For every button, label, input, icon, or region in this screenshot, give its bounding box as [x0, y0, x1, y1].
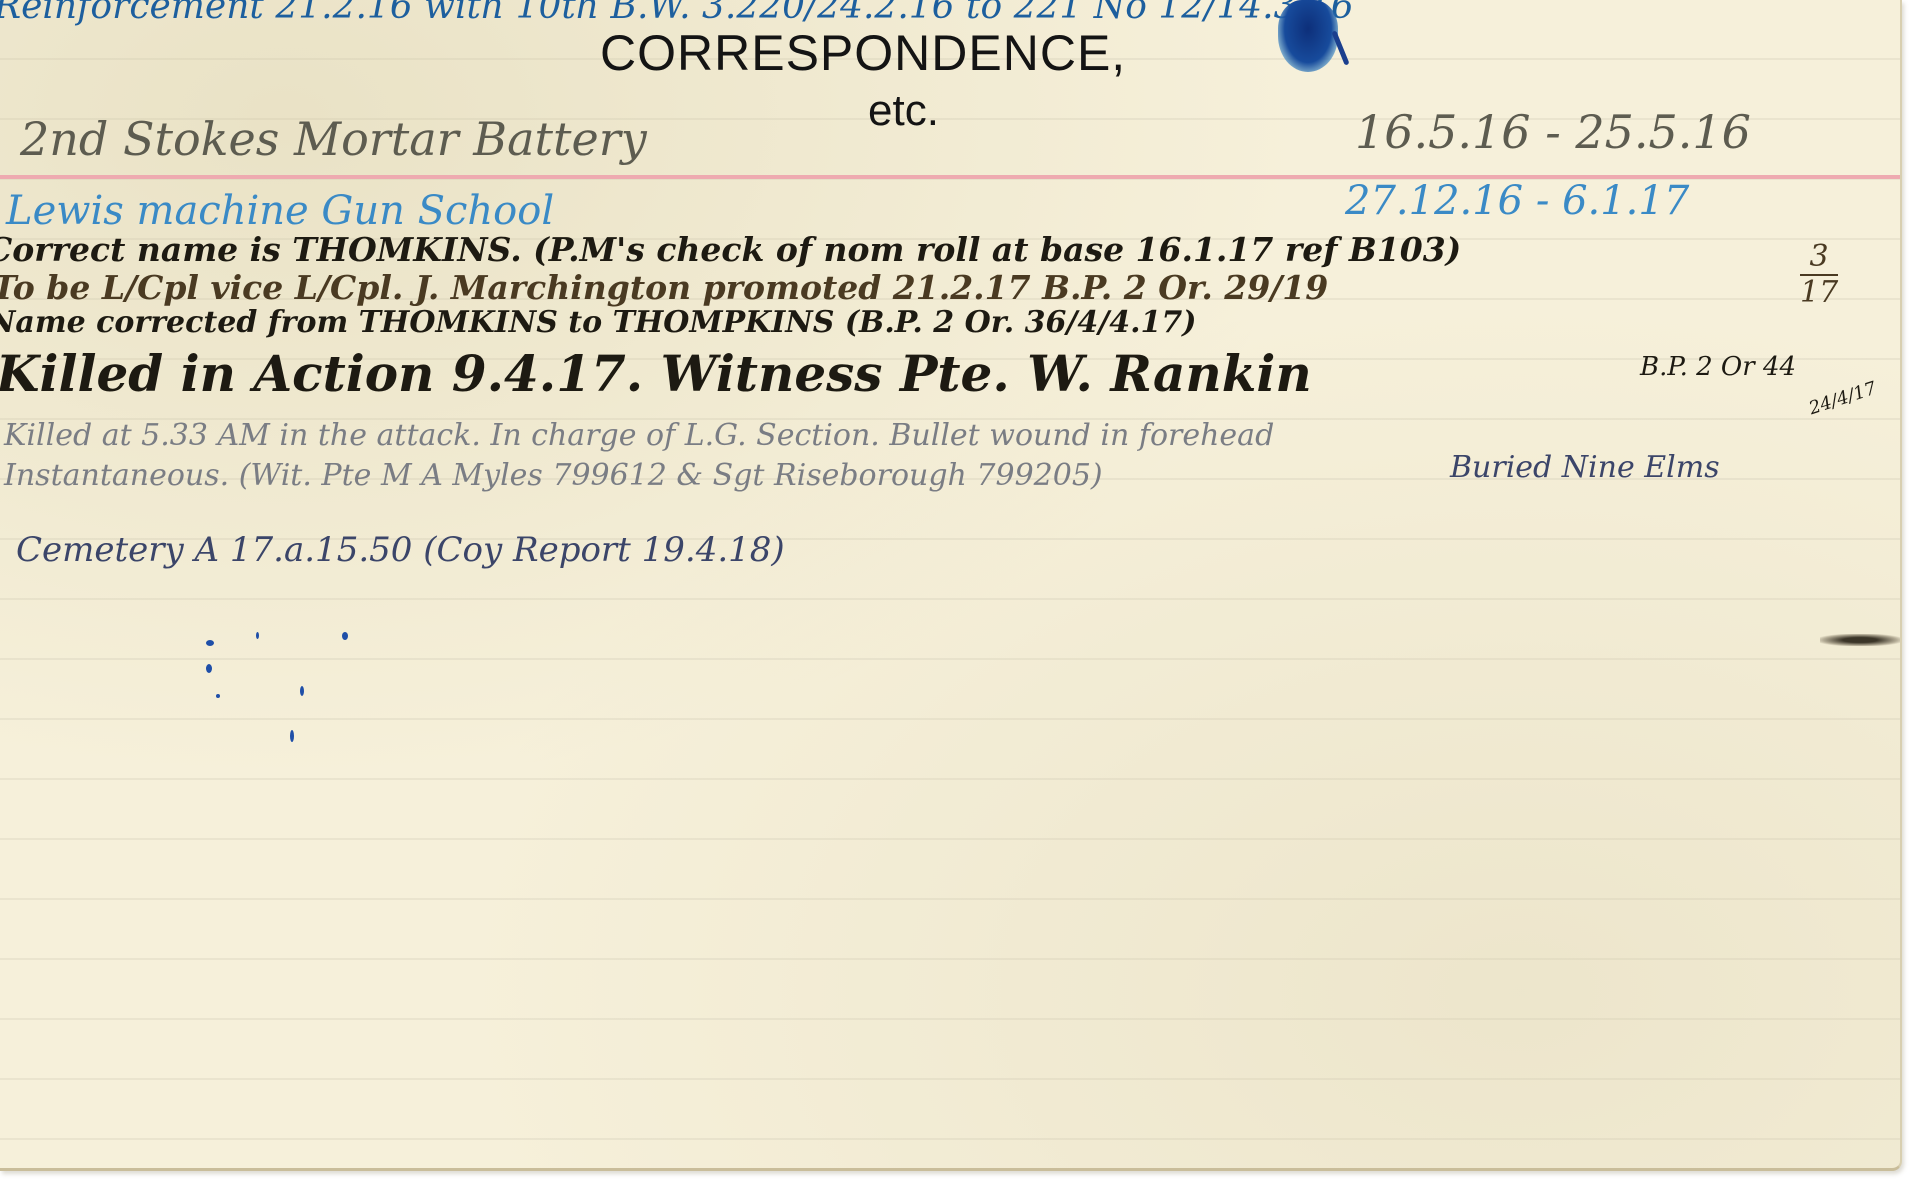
entry-details-line-1: Killed at 5.33 AM in the attack. In char… — [4, 418, 1274, 453]
entry-name-corrected: Name corrected from THOMKINS to THOMPKIN… — [0, 305, 1196, 340]
entry-lewis-school: Lewis machine Gun School — [6, 188, 554, 234]
entry-stokes-battery: 2nd Stokes Mortar Battery — [20, 112, 647, 166]
entry-details-line-3: Cemetery A 17.a.15.50 (Coy Report 19.4.1… — [16, 530, 785, 570]
entry-correct-name: Correct name is THOMKINS. (P.M's check o… — [0, 230, 1461, 269]
entry-killed-in-action: Killed in Action 9.4.17. Witness Pte. W.… — [0, 344, 1312, 403]
entry-killed-ref: B.P. 2 Or 44 — [1640, 352, 1796, 382]
entry-lewis-dates: 27.12.16 - 6.1.17 — [1345, 178, 1689, 224]
promotion-fraction: 3 17 — [1800, 240, 1838, 310]
record-card: Reinforcement 21.2.16 with 10th B.W. 3.2… — [0, 0, 1902, 1171]
entry-reinforcement: Reinforcement 21.2.16 with 10th B.W. 3.2… — [0, 0, 1354, 27]
entry-promotion: To be L/Cpl vice L/Cpl. J. Marchington p… — [0, 268, 1328, 307]
fraction-denominator: 17 — [1800, 276, 1838, 310]
entry-details-buried: Buried Nine Elms — [1450, 450, 1720, 485]
ink-blot — [1278, 0, 1338, 72]
ink-speck — [290, 730, 294, 742]
printed-heading-subtitle: etc. — [868, 86, 939, 136]
entry-stokes-dates: 16.5.16 - 25.5.16 — [1355, 105, 1751, 159]
ink-smudge — [1820, 634, 1900, 646]
fraction-numerator: 3 — [1800, 240, 1838, 276]
entry-details-line-2: Instantaneous. (Wit. Pte M A Myles 79961… — [4, 458, 1103, 493]
ink-speck — [342, 632, 348, 640]
ink-speck — [300, 686, 304, 696]
ink-speck — [216, 694, 220, 698]
ink-speck — [206, 640, 214, 646]
ink-speck — [206, 664, 212, 673]
entry-killed-ref-date: 24/4/17 — [1806, 378, 1878, 419]
printed-heading-title: CORRESPONDENCE, — [600, 24, 1126, 82]
ink-speck — [256, 632, 259, 639]
